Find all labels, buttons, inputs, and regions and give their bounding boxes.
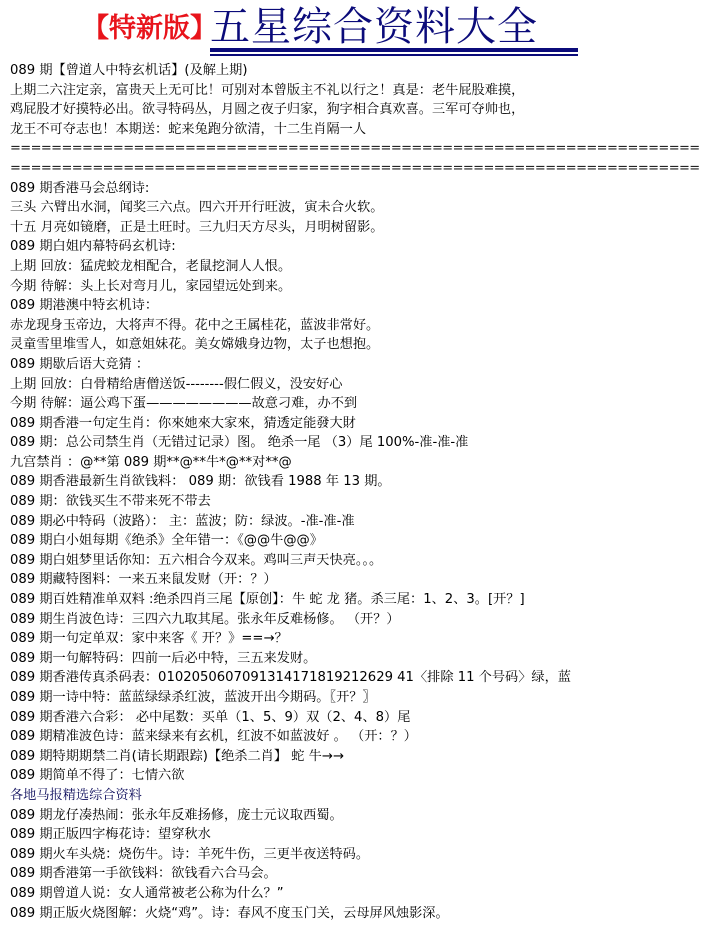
text-line: 089 期白姐梦里话你知：五六相合今双来。鸡叫三声天快亮。。。 — [10, 551, 700, 571]
text-line: 赤龙现身玉帝边，大将声不得。花中之王属桂花，蓝波非常好。 — [10, 316, 700, 336]
section-heading: 089 期歇后语大竞猜 ： — [10, 355, 700, 375]
text-line: 089 期藏特图料：一来五来鼠发财（开：？） — [10, 570, 700, 590]
text-line: 089 期香港传真杀码表：010205060709131417181921262… — [10, 668, 700, 688]
text-line: 089 期一句定单双：家中来客《 开？》==→？ — [10, 629, 700, 649]
content-body: 089 期【曾道人中特玄机话】(及解上期) 上期二六注定亲，富贵天上无可比！可别… — [10, 61, 700, 923]
text-line: 089 期曾道人说：女人通常被老公称为什么？” — [10, 884, 700, 904]
page-header: 【特新版】 五星综合资料大全 — [0, 0, 702, 62]
section-heading: 各地马报精选综合资料 — [10, 786, 700, 806]
title-underline — [210, 48, 578, 52]
text-line: 十五 月亮如镜磨，正是土旺时。三九归天方尽头，月明树留影。 — [10, 218, 700, 238]
page-title: 五星综合资料大全 — [210, 4, 538, 50]
text-line: 上期 回放：白骨精给唐僧送饭--------假仁假义，没安好心 — [10, 375, 700, 395]
text-line: 三头 六臂出水洞，闻奖三六点。四六开开行旺波，寅未合火软。 — [10, 198, 700, 218]
text-line: 九宫禁肖 ：@**第 089 期**@**牛*@**对**@ — [10, 453, 700, 473]
section-heading: 089 期港澳中特玄机诗： — [10, 296, 700, 316]
text-line: 鸡屁股才好摸特必出。欲寻特码丛，月圆之夜子归家，狗字相合真欢喜。三军可夺帅也， — [10, 100, 700, 120]
text-line: 089 期龙仔凑热闹：张永年反难扬修，庞士元议取西蜀。 — [10, 806, 700, 826]
text-line: 089 期白小姐每期《绝杀》全年错一：《@@牛@@》 — [10, 531, 700, 551]
text-line: 089 期：总公司禁生肖（无错过记录）图。 绝杀一尾 （3）尾 100%-准-准… — [10, 433, 700, 453]
separator: ========================================… — [10, 159, 700, 179]
text-line: 上期二六注定亲，富贵天上无可比！可别对本曾版主不礼以行之！真是：老牛屁股难摸， — [10, 81, 700, 101]
text-line: 089 期百姓精准单双料 :绝杀四肖三尾【原创】：牛 蛇 龙 猪。杀三尾：1、2… — [10, 590, 700, 610]
text-line: 089 期香港最新生肖欲钱料： 089 期：欲钱看 1988 年 13 期。 — [10, 472, 700, 492]
text-line: 龙王不可夺志也！本期送：蛇来兔跑分欲清，十二生肖隔一人 — [10, 120, 700, 140]
edition-label: 【特新版】 — [82, 12, 217, 46]
section-heading: 089 期白姐内幕特码玄机诗: — [10, 237, 700, 257]
text-line: 今期 待解：头上长对弯月儿，家园望远处到来。 — [10, 277, 700, 297]
text-line: 089 期一句解特码：四前一后必中特，三五来发财。 — [10, 649, 700, 669]
section-heading: 089 期【曾道人中特玄机话】(及解上期) — [10, 61, 700, 81]
text-line: 灵童雪里堆雪人，如意姐妹花。美女嫦娥身边物，太子也想抱。 — [10, 335, 700, 355]
text-line: 089 期精准波色诗：蓝来绿来有玄机，红波不如蓝波好 。 （开：？） — [10, 727, 700, 747]
separator: ========================================… — [10, 139, 700, 159]
text-line: 089 期正版四字梅花诗：望穿秋水 — [10, 825, 700, 845]
text-line: 089 期特期期禁二肖(请长期跟踪)【绝杀二肖】 蛇 牛→→ — [10, 747, 700, 767]
text-line: 089 期香港六合彩： 必中尾数：买单（1、5、9）双（2、4、8）尾 — [10, 708, 700, 728]
section-heading: 089 期香港马会总纲诗: — [10, 179, 700, 199]
text-line: 089 期正版火烧图解：火烧“鸡”。诗：春风不度玉门关，云母屏风烛影深。 — [10, 904, 700, 924]
text-line: 089 期简单不得了：七情六欲 — [10, 766, 700, 786]
text-line: 089 期香港一句定生肖：你來她來大家來，猜透定能發大財 — [10, 414, 700, 434]
text-line: 089 期必中特码（波路）： 主：蓝波；防：绿波。-准-准-准 — [10, 512, 700, 532]
text-line: 089 期生肖波色诗：三四六九取其尾。张永年反难杨修。 （开？） — [10, 610, 700, 630]
text-line: 089 期：欲钱买生不带来死不带去 — [10, 492, 700, 512]
title-underline-thin — [210, 54, 578, 56]
text-line: 089 期一诗中特：蓝蓝绿绿杀红波，蓝波开出今期码。〖开？〗 — [10, 688, 700, 708]
text-line: 上期 回放：猛虎蛟龙相配合，老鼠挖洞人人恨。 — [10, 257, 700, 277]
text-line: 089 期火车头烧：烧伤牛。诗：羊死牛伤，三更半夜送特码。 — [10, 845, 700, 865]
text-line: 089 期香港第一手欲钱料：欲钱看六合马会。 — [10, 864, 700, 884]
text-line: 今期 待解：逼公鸡下蛋————————故意刁难，办不到 — [10, 394, 700, 414]
